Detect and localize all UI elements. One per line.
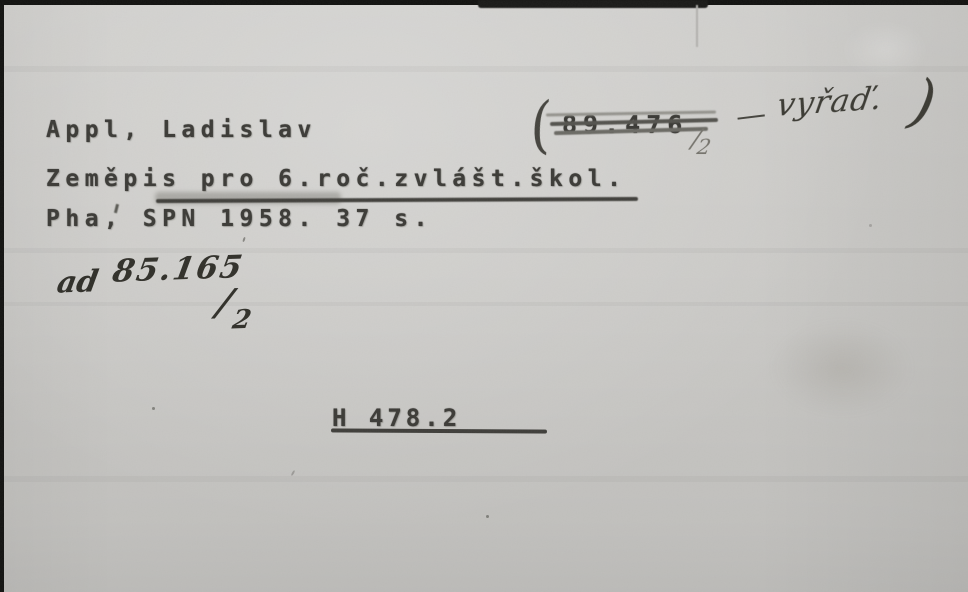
- accession-number: ad 85.165 / 2: [38, 246, 281, 349]
- annotation-dash: —: [734, 96, 768, 134]
- paper-speck: [152, 407, 155, 410]
- scan-edge-left: [0, 0, 4, 592]
- fold-line: [696, 5, 698, 47]
- annotation-close-paren: ): [904, 65, 942, 140]
- title-underline: [156, 197, 638, 203]
- accession-fraction-denominator: 2: [230, 305, 253, 336]
- scan-band: [0, 476, 968, 482]
- scanned-catalog-card: Appl, Ladislav Zeměpis pro 6.roč.zvlášt.…: [0, 0, 968, 592]
- withdrawal-annotation: ( 89.476 /2 — vyřaď. ): [528, 68, 958, 173]
- scan-edge-top-bump: [478, 0, 708, 8]
- imprint-line: Pha, SPN 1958. 37 s.: [46, 206, 433, 232]
- paper-speck: [242, 237, 246, 242]
- call-number-underline: [331, 428, 547, 433]
- withdrawal-note: vyřaď.: [774, 80, 885, 123]
- accession-prefix: ad: [54, 264, 101, 301]
- paper-speck: [486, 515, 489, 518]
- paper-speck: [869, 224, 872, 227]
- author-line: Appl, Ladislav: [46, 117, 317, 143]
- paper-speck: [291, 470, 296, 476]
- cancelled-accession-fraction: /2: [689, 124, 716, 154]
- paper-stain: [772, 322, 912, 414]
